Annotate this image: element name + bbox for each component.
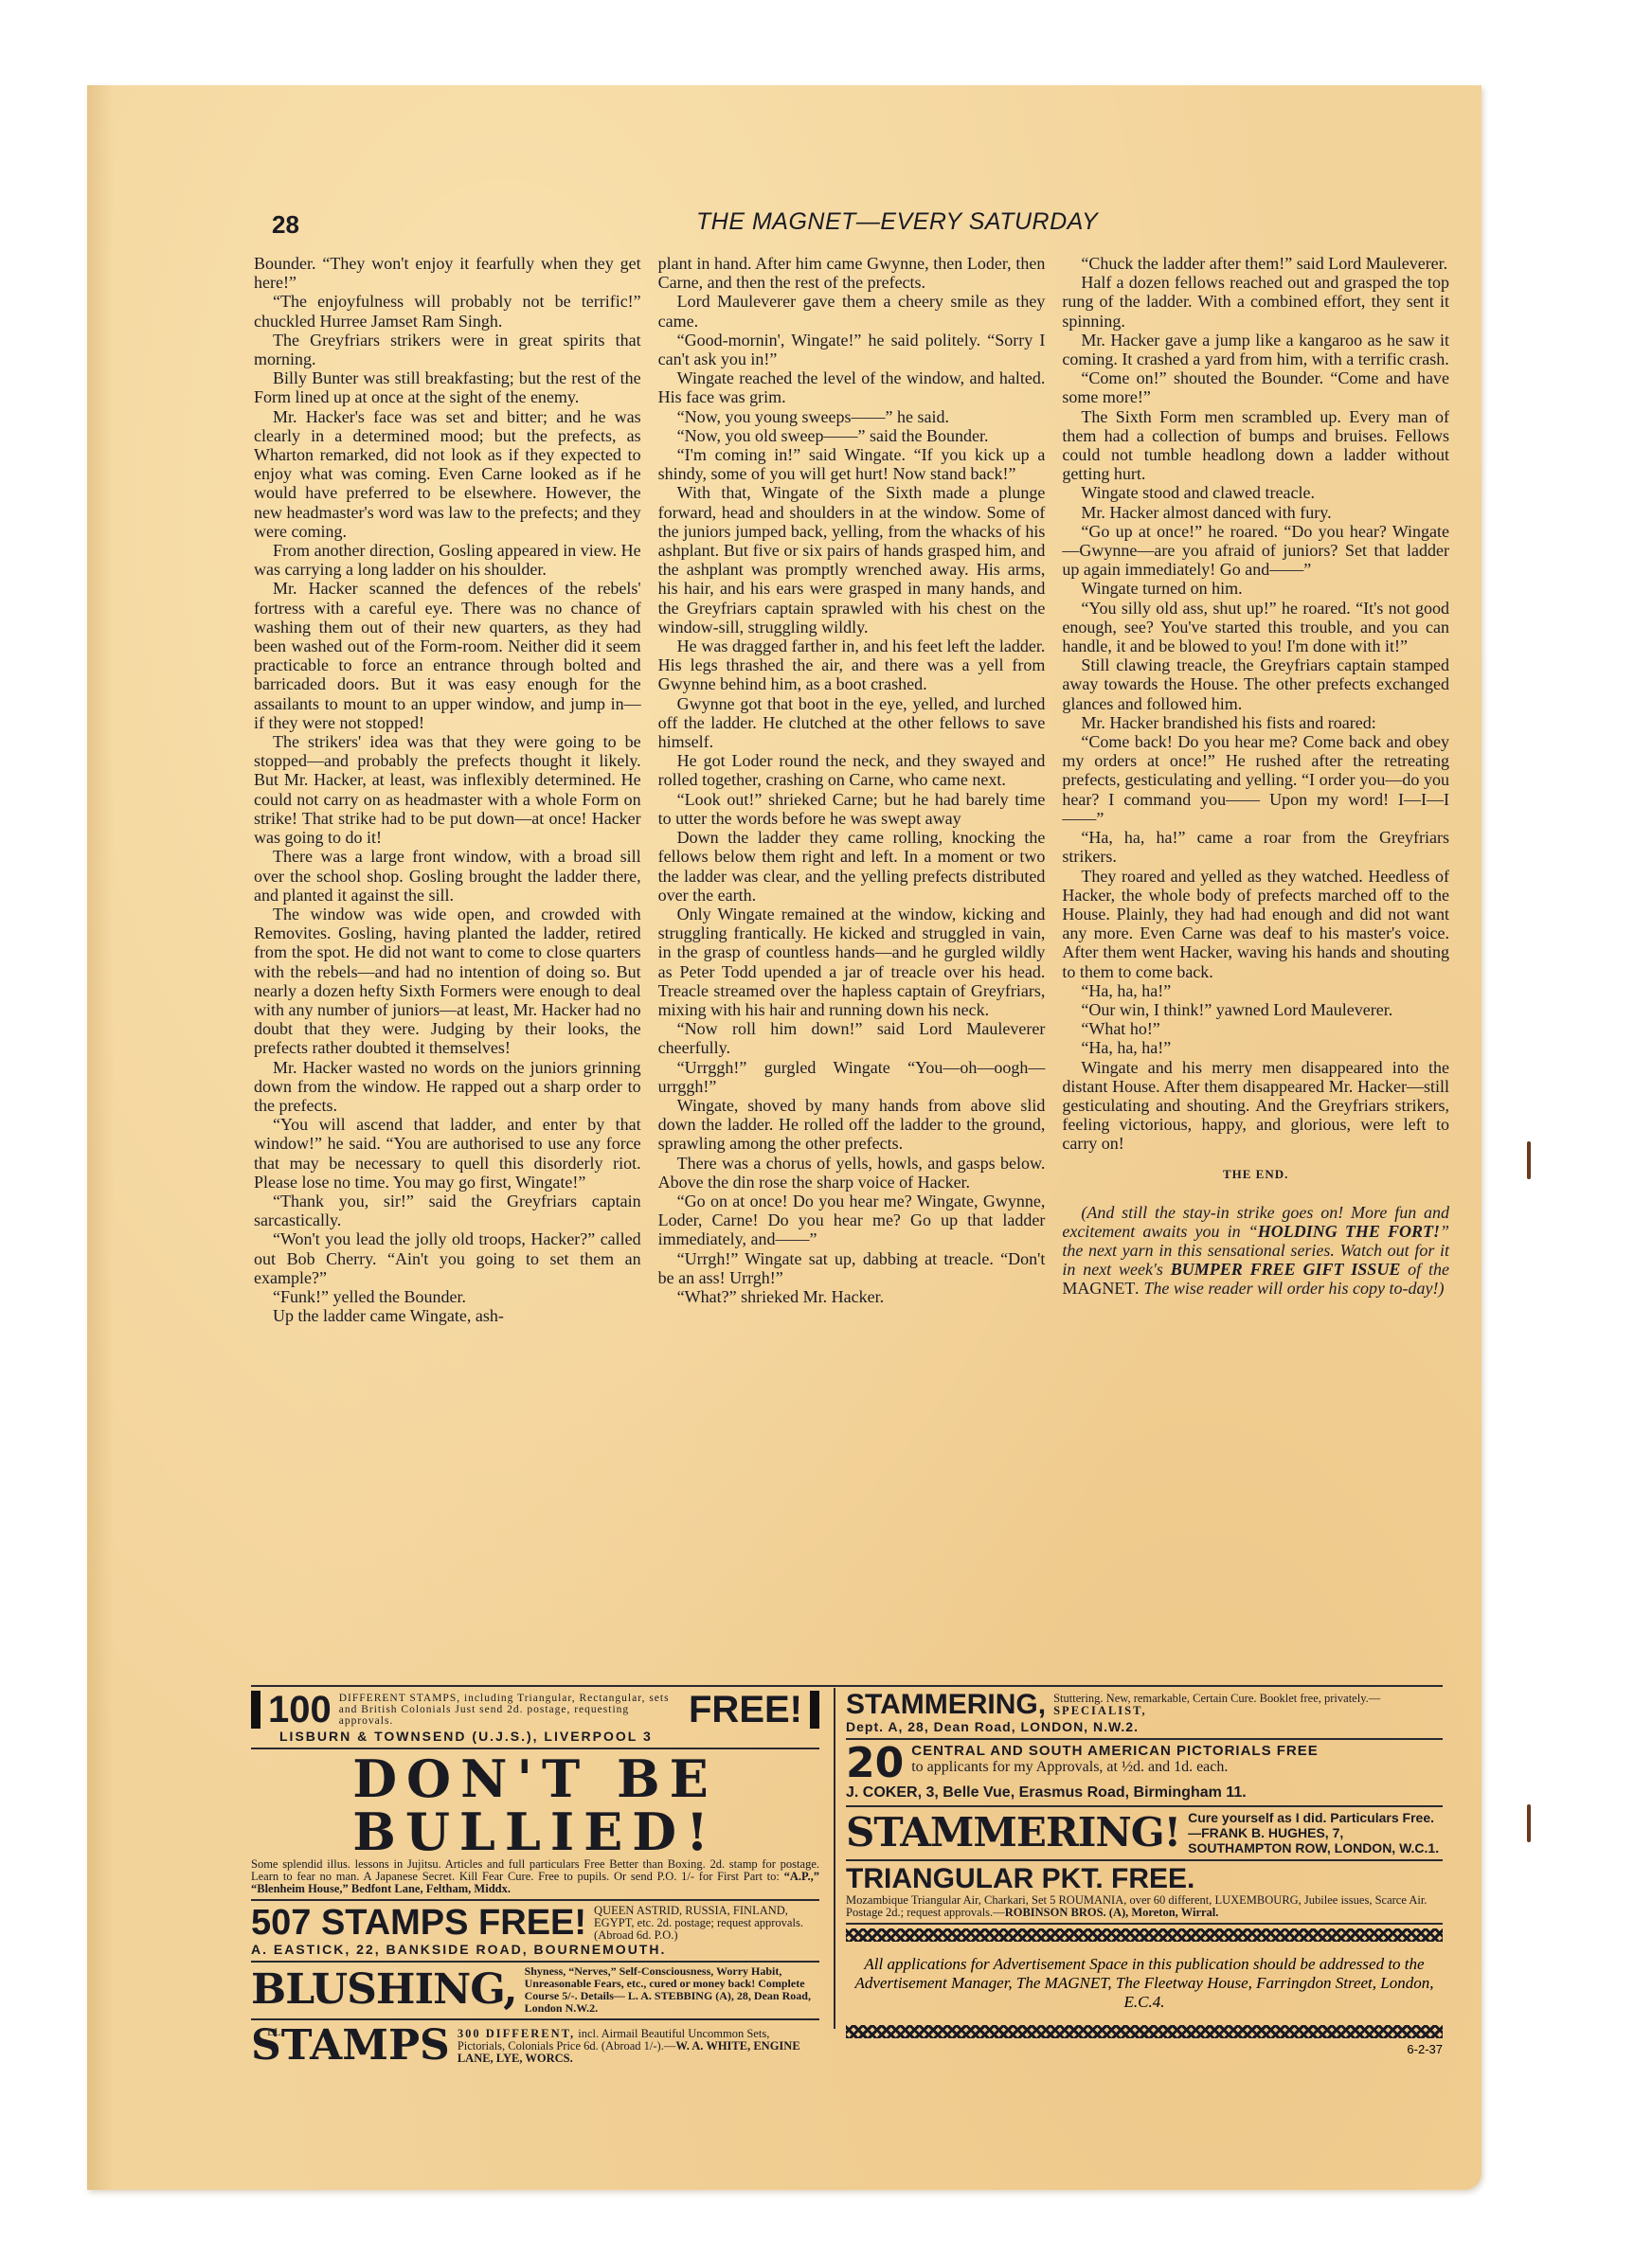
ad-address: ROBINSON BROS. (A), Moreton, Wirral. xyxy=(1005,1906,1219,1919)
ad-dont-be-bullied: DON'T BE BULLIED! Some splendid illus. l… xyxy=(251,1749,819,1901)
ad-triangular-pkt: TRIANGULAR PKT. FREE. Mozambique Triangu… xyxy=(846,1861,1443,1925)
story-paragraph: Mr. Hacker's face was set and bitter; an… xyxy=(254,407,641,541)
story-paragraph: “What ho!” xyxy=(1062,1019,1449,1038)
ad-free: FREE! xyxy=(689,1691,802,1729)
ad-body: to applicants for my Approvals, at ½d. a… xyxy=(911,1759,1319,1776)
story-paragraph: They roared and yelled as they watched. … xyxy=(1062,867,1449,981)
story-paragraph: “Ha, ha, ha!” xyxy=(1062,1038,1449,1057)
ad-headline: CENTRAL AND SOUTH AMERICAN PICTORIALS FR… xyxy=(911,1743,1319,1759)
page-number: 28 xyxy=(272,210,299,240)
teaser-magnet: MAGNET xyxy=(1062,1279,1135,1298)
teaser-text: . The wise reader will order his copy to… xyxy=(1135,1279,1444,1298)
running-head: THE MAGNET—EVERY SATURDAY xyxy=(696,208,1151,236)
ad-headline: STAMMERING, xyxy=(846,1691,1046,1719)
story-paragraph: “Thank you, sir!” said the Greyfriars ca… xyxy=(254,1192,641,1229)
story-paragraph: He was dragged farther in, and his feet … xyxy=(658,636,1046,694)
decorative-border xyxy=(846,1928,1443,1942)
staple-mark xyxy=(1527,1804,1531,1842)
the-end: THE END. xyxy=(1062,1167,1449,1182)
next-week-teaser: (And still the stay-in strike goes on! M… xyxy=(1062,1203,1449,1299)
ad-lead: 300 DIFFERENT, xyxy=(458,2027,575,2040)
ad-address: A. EASTICK, 22, BANKSIDE ROAD, BOURNEMOU… xyxy=(251,1942,819,1957)
ad-bar xyxy=(810,1691,819,1729)
story-paragraph: Mr. Hacker brandished his fists and roar… xyxy=(1062,713,1449,732)
story-paragraph: Mr. Hacker wasted no words on the junior… xyxy=(254,1058,641,1116)
story-column-2: plant in hand. After him came Gwynne, th… xyxy=(658,254,1046,1684)
story-paragraph: The Sixth Form men scrambled up. Every m… xyxy=(1062,407,1449,484)
ad-300-stamps: STAMPS 300 DIFFERENT, incl. Airmail Beau… xyxy=(251,2020,819,2072)
story-paragraph: Down the ladder they came rolling, knock… xyxy=(658,828,1046,905)
ad-number: 100 xyxy=(268,1691,332,1729)
ad-headline: 507 STAMPS FREE! xyxy=(251,1904,586,1942)
story-paragraph: Wingate and his merry men disappeared in… xyxy=(1062,1058,1449,1154)
story-paragraph: Still clawing treacle, the Greyfriars ca… xyxy=(1062,655,1449,713)
story-paragraph: “The enjoyfulness will probably not be t… xyxy=(254,292,641,330)
decorative-border xyxy=(846,2025,1443,2038)
ad-headline: DON'T BE BULLIED! xyxy=(251,1752,819,1858)
printer-mark: LL xyxy=(267,2025,281,2039)
story-paragraph: “Now roll him down!” said Lord Maulevere… xyxy=(658,1019,1046,1057)
story-paragraph: Wingate, shoved by many hands from above… xyxy=(658,1096,1046,1154)
story-paragraph: Gwynne got that boot in the eye, yelled,… xyxy=(658,694,1046,752)
story-paragraph: There was a large front window, with a b… xyxy=(254,847,641,905)
ad-stammering-cure: STAMMERING! Cure yourself as I did. Part… xyxy=(846,1807,1443,1861)
ad-address: FRANK B. HUGHES, 7, SOUTHAMPTON ROW, LON… xyxy=(1188,1825,1439,1856)
story-paragraph: “Look out!” shrieked Carne; but he had b… xyxy=(658,790,1046,828)
ad-body: Stuttering. New, remarkable, Certain Cur… xyxy=(1053,1692,1380,1705)
ad-507-stamps: 507 STAMPS FREE! QUEEN ASTRID, RUSSIA, F… xyxy=(251,1901,819,1963)
story-paragraph: From another direction, Gosling appeared… xyxy=(254,541,641,579)
story-paragraph: Billy Bunter was still breakfasting; but… xyxy=(254,368,641,406)
story-column-3: “Chuck the ladder after them!” said Lord… xyxy=(1062,254,1449,1684)
ad-body: DIFFERENT STAMPS, including Triangular, … xyxy=(339,1693,681,1727)
story-paragraph: “Go on at once! Do you hear me? Wingate,… xyxy=(658,1192,1046,1249)
issue-date: 6-2-37 xyxy=(846,2042,1443,2056)
story-paragraph: Wingate stood and clawed treacle. xyxy=(1062,483,1449,502)
story-columns: Bounder. “They won't enjoy it fearfully … xyxy=(254,254,1449,1684)
staple-mark xyxy=(1527,1141,1531,1179)
story-paragraph: plant in hand. After him came Gwynne, th… xyxy=(658,254,1046,292)
ad-specialist: SPECIALIST, xyxy=(1053,1704,1147,1717)
story-paragraph: Up the ladder came Wingate, ash- xyxy=(254,1306,641,1325)
story-paragraph: Wingate turned on him. xyxy=(1062,579,1449,598)
ad-body: QUEEN ASTRID, RUSSIA, FINLAND, EGYPT, et… xyxy=(594,1905,819,1942)
story-paragraph: “Now, you old sweep——” said the Bounder. xyxy=(658,426,1046,445)
story-paragraph: Lord Mauleverer gave them a cheery smile… xyxy=(658,292,1046,330)
ad-bar xyxy=(251,1691,260,1729)
story-paragraph: “You silly old ass, shut up!” he roared.… xyxy=(1062,599,1449,656)
story-paragraph: “Chuck the ladder after them!” said Lord… xyxy=(1062,254,1449,273)
story-paragraph: “Funk!” yelled the Bounder. xyxy=(254,1287,641,1306)
story-paragraph: The Greyfriars strikers were in great sp… xyxy=(254,331,641,368)
story-paragraph: The strikers' idea was that they were go… xyxy=(254,732,641,847)
story-column-1: Bounder. “They won't enjoy it fearfully … xyxy=(254,254,641,1684)
ads-column-divider xyxy=(834,1688,835,2029)
ads-left-column: 100 DIFFERENT STAMPS, including Triangul… xyxy=(251,1688,819,2072)
story-paragraph: “Ha, ha, ha!” xyxy=(1062,981,1449,1000)
story-paragraph: “I'm coming in!” said Wingate. “If you k… xyxy=(658,445,1046,483)
ad-address: J. COKER, 3, Belle Vue, Erasmus Road, Bi… xyxy=(846,1784,1443,1802)
story-paragraph: “Urrgh!” Wingate sat up, dabbing at trea… xyxy=(658,1249,1046,1287)
story-paragraph: He got Loder round the neck, and they sw… xyxy=(658,751,1046,789)
ad-20-pictorials: 20 CENTRAL AND SOUTH AMERICAN PICTORIALS… xyxy=(846,1740,1443,1807)
story-paragraph: “You will ascend that ladder, and enter … xyxy=(254,1115,641,1192)
ad-headline: BLUSHING, xyxy=(251,1967,517,2013)
ad-address: LISBURN & TOWNSEND (U.J.S.), LIVERPOOL 3 xyxy=(251,1729,819,1744)
ad-headline: TRIANGULAR PKT. FREE. xyxy=(846,1864,1443,1894)
story-paragraph: “Go up at once!” he roared. “Do you hear… xyxy=(1062,522,1449,580)
story-paragraph: Mr. Hacker gave a jump like a kangaroo a… xyxy=(1062,331,1449,368)
ad-address: Dept. A, 28, Dean Road, LONDON, N.W.2. xyxy=(846,1719,1443,1734)
story-paragraph: “Ha, ha, ha!” came a roar from the Greyf… xyxy=(1062,828,1449,866)
story-paragraph: Mr. Hacker scanned the defences of the r… xyxy=(254,579,641,732)
story-paragraph: “Come back! Do you hear me? Come back an… xyxy=(1062,732,1449,828)
story-paragraph: “Urrggh!” gurgled Wingate “You—oh—oogh—u… xyxy=(658,1058,1046,1096)
story-paragraph: With that, Wingate of the Sixth made a p… xyxy=(658,483,1046,636)
ad-body: Some splendid illus. lessons in Jujitsu.… xyxy=(251,1857,819,1883)
story-paragraph: Bounder. “They won't enjoy it fearfully … xyxy=(254,254,641,292)
story-paragraph: Wingate reached the level of the window,… xyxy=(658,368,1046,406)
story-paragraph: “Good-mornin', Wingate!” he said politel… xyxy=(658,331,1046,368)
ad-headline: STAMMERING! xyxy=(846,1811,1180,1855)
teaser-bumper: BUMPER FREE GIFT ISSUE xyxy=(1171,1260,1401,1279)
story-paragraph: “What?” shrieked Mr. Hacker. xyxy=(658,1287,1046,1306)
story-paragraph: “Now, you young sweeps——” he said. xyxy=(658,407,1046,426)
story-column-3-paragraphs: “Chuck the ladder after them!” said Lord… xyxy=(1062,254,1449,1154)
story-paragraph: The window was wide open, and crowded wi… xyxy=(254,905,641,1058)
advertisement-notice: All applications for Advertisement Space… xyxy=(846,1945,1443,2021)
story-paragraph: There was a chorus of yells, howls, and … xyxy=(658,1154,1046,1192)
story-paragraph: “Come on!” shouted the Bounder. “Come an… xyxy=(1062,368,1449,406)
teaser-text: of the xyxy=(1400,1260,1449,1279)
ads-top-rule xyxy=(251,1685,1443,1687)
story-paragraph: “Our win, I think!” yawned Lord Maulever… xyxy=(1062,1000,1449,1019)
ad-number: 20 xyxy=(846,1743,904,1784)
ad-100-stamps: 100 DIFFERENT STAMPS, including Triangul… xyxy=(251,1688,819,1749)
story-paragraph: Half a dozen fellows reached out and gra… xyxy=(1062,273,1449,331)
story-paragraph: Only Wingate remained at the window, kic… xyxy=(658,905,1046,1019)
story-paragraph: Mr. Hacker almost danced with fury. xyxy=(1062,503,1449,522)
story-paragraph: “Won't you lead the jolly old troops, Ha… xyxy=(254,1229,641,1287)
teaser-title: HOLDING THE FORT! xyxy=(1258,1222,1440,1241)
ad-blushing: BLUSHING, Shyness, “Nerves,” Self-Consci… xyxy=(251,1963,819,2020)
ads-right-column: STAMMERING, Stuttering. New, remarkable,… xyxy=(846,1688,1443,2056)
ad-stammering-specialist: STAMMERING, Stuttering. New, remarkable,… xyxy=(846,1688,1443,1740)
